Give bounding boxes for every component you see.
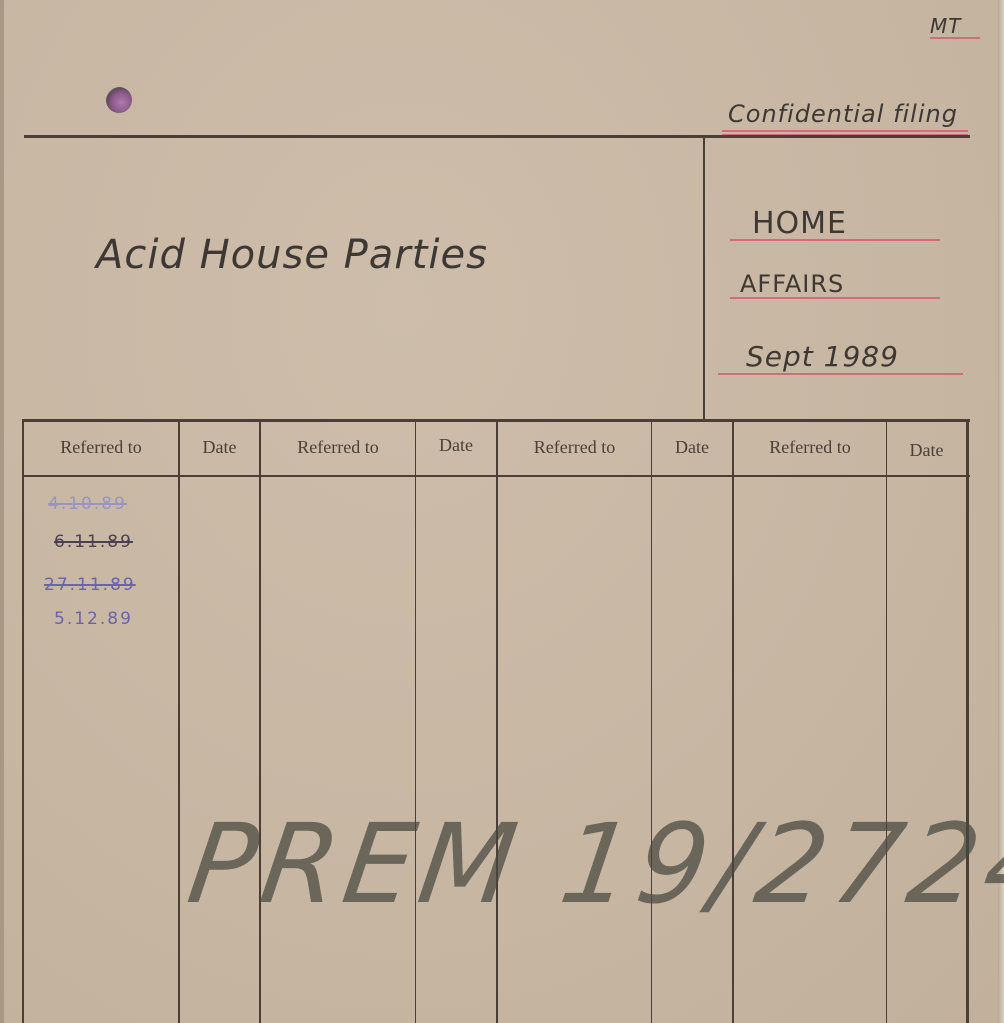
archive-reference: PREM 19/2724 — [181, 800, 1004, 928]
header-date-1: Date — [180, 437, 259, 458]
col-divider-5 — [651, 420, 652, 1023]
department-underline-3 — [718, 373, 963, 375]
punch-hole — [106, 87, 132, 113]
department-underline-2 — [730, 297, 940, 299]
table-left-border — [22, 419, 24, 1023]
department-line-2: AFFAIRS — [740, 270, 844, 298]
department-date: Sept 1989 — [746, 340, 899, 373]
col-divider-7 — [886, 420, 887, 1023]
header-date-3: Date — [652, 437, 732, 458]
header-referred-to-3: Referred to — [498, 437, 651, 458]
subject-title: Acid House Parties — [96, 232, 488, 278]
col-divider-3 — [415, 420, 416, 1023]
subject-divider — [703, 138, 705, 420]
table-right-border — [966, 422, 969, 1023]
date-entry-2: 6.11.89 — [54, 532, 133, 552]
classification-label: Confidential filing — [728, 100, 958, 128]
header-referred-to-1: Referred to — [24, 437, 178, 458]
corner-initials: MT — [930, 14, 961, 38]
department-underline-1 — [730, 239, 940, 241]
file-cover: MT Confidential filing Acid House Partie… — [0, 0, 1004, 1023]
date-entry-4: 5.12.89 — [54, 609, 133, 629]
col-divider-4 — [496, 420, 498, 1023]
col-divider-2 — [259, 420, 261, 1023]
col-divider-6 — [732, 420, 734, 1023]
department-line-1: HOME — [752, 206, 847, 241]
date-entry-1: 4.10.89 — [48, 494, 127, 514]
header-date-2: Date — [416, 435, 496, 456]
initials-underline — [930, 37, 980, 39]
header-referred-to-2: Referred to — [261, 437, 415, 458]
classification-underline — [722, 130, 968, 132]
header-referred-to-4: Referred to — [734, 437, 886, 458]
col-divider-1 — [178, 420, 180, 1023]
header-date-4: Date — [887, 440, 966, 461]
top-rule — [24, 135, 970, 138]
left-edge — [0, 0, 4, 1023]
date-entry-3: 27.11.89 — [44, 575, 136, 595]
